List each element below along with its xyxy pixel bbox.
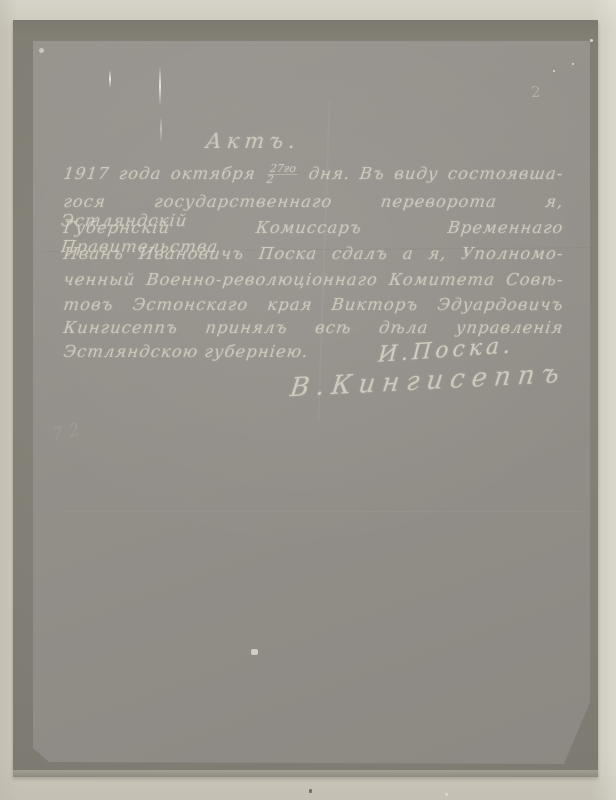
- date-fraction-denominator: 2: [266, 175, 297, 184]
- page-number: 2: [531, 83, 542, 101]
- album-page: 2 Актъ. 1917 года октября 27го2 дня. Въ …: [0, 0, 616, 800]
- body-line: Губернскій Комиссаръ Временнаго Правител…: [62, 218, 565, 240]
- date-fraction: 27го2: [266, 165, 298, 184]
- speck: [590, 39, 593, 42]
- scratch-mark: [109, 70, 111, 88]
- date-suffix: дня. Въ виду состоявша-: [298, 164, 564, 183]
- date-prefix: 1917 года октября: [62, 164, 266, 183]
- body-line: гося государственнаго переворота я, Эстл…: [62, 192, 565, 214]
- crease-line: [63, 511, 583, 512]
- body-line: Иванъ Ивановичъ Поска сдалъ а я, Уполном…: [62, 244, 565, 266]
- speck: [572, 63, 574, 65]
- body-line: товъ Эстонскаго края Викторъ Эдуардовичъ: [62, 295, 565, 317]
- photo-exposure-band: [13, 20, 598, 41]
- speck: [553, 70, 555, 72]
- scratch-mark: [159, 66, 161, 106]
- scratch-mark: [160, 116, 162, 142]
- speck: [39, 48, 44, 53]
- speck: [309, 789, 312, 793]
- body-line: ченный Военно-революціоннаго Комитета Со…: [62, 270, 565, 292]
- speck: [251, 649, 258, 655]
- document-sheet: [33, 41, 590, 764]
- document-title: Актъ.: [197, 129, 310, 153]
- body-line: 1917 года октября 27го2 дня. Въ виду сос…: [62, 164, 565, 186]
- speck: [445, 793, 448, 796]
